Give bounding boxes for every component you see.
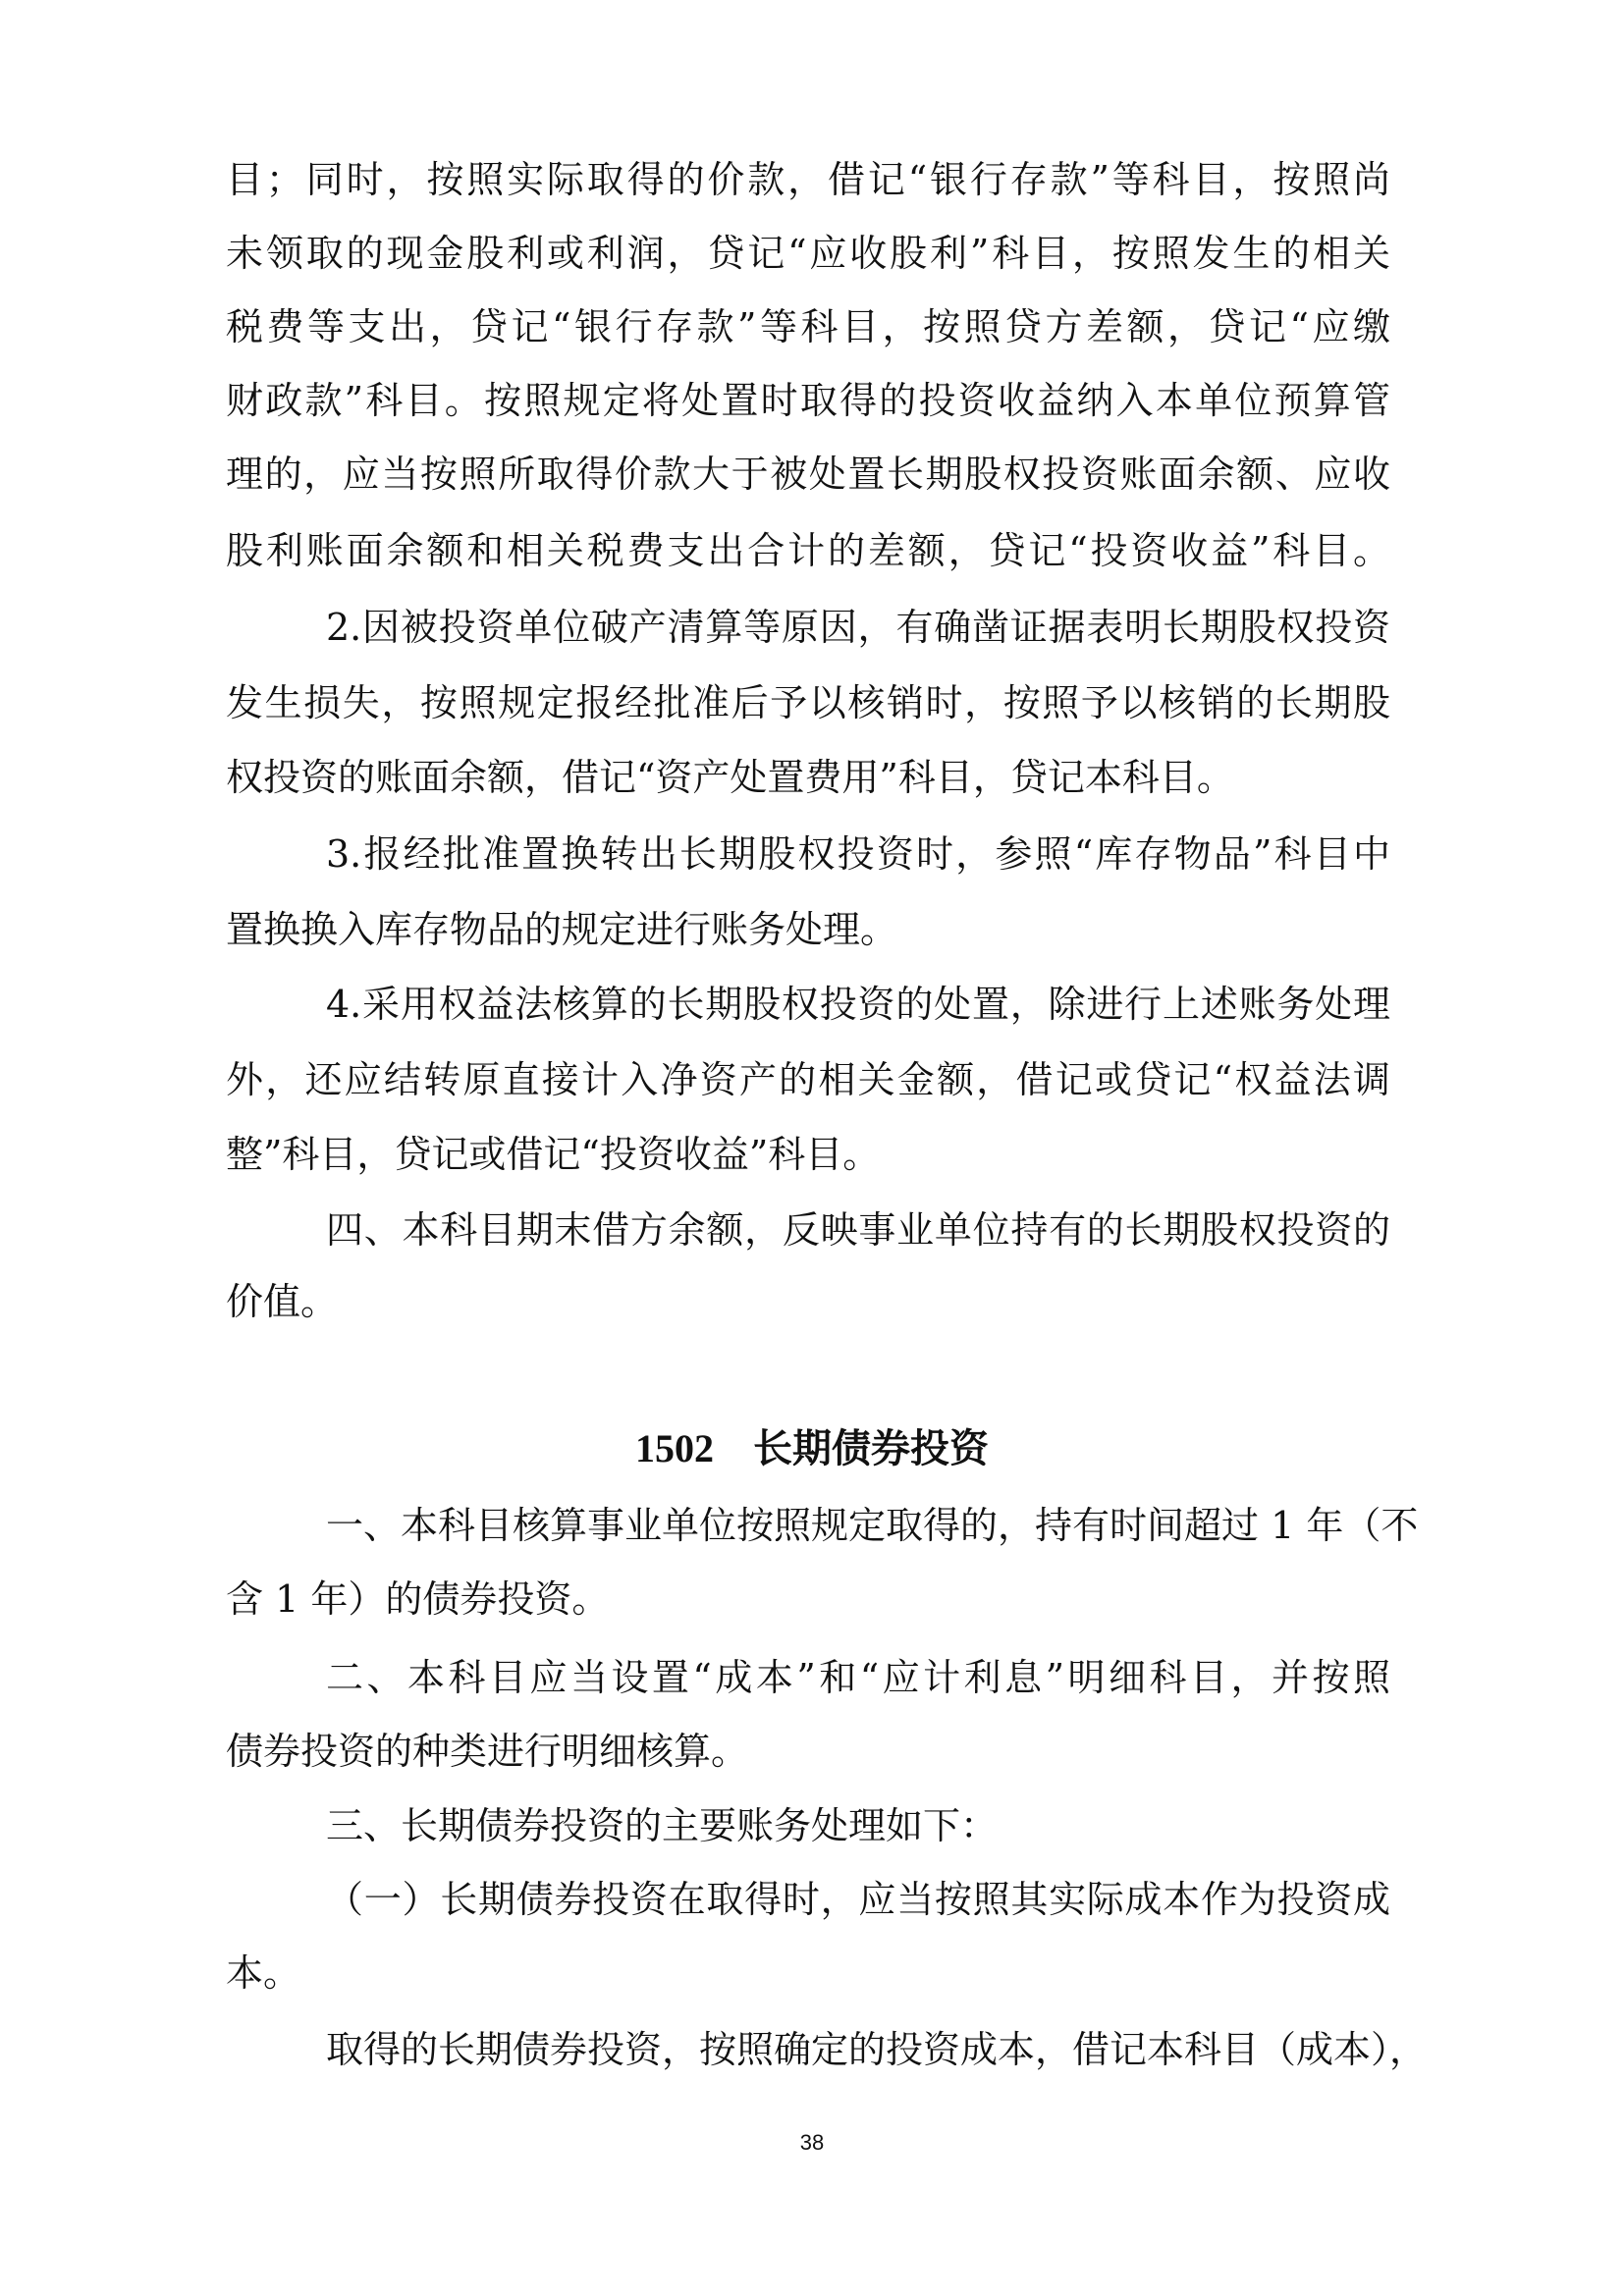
text-line: 三、长期债券投资的主要账务处理如下： — [326, 1796, 1390, 1855]
page-number: 38 — [0, 2128, 1624, 2158]
text-line: 本。 — [226, 1944, 1390, 2002]
text-line: 债券投资的种类进行明细核算。 — [226, 1722, 1390, 1781]
text-line: 价值。 — [226, 1272, 1390, 1331]
section-heading: 1502长期债券投资 — [0, 1419, 1624, 1478]
text-line: 2.因被投资单位破产清算等原因，有确凿证据表明长期股权投资 — [326, 598, 1390, 657]
text-line: 一、本科目核算事业单位按照规定取得的，持有时间超过 1 年（不 — [326, 1496, 1390, 1555]
text-line: 税费等支出，贷记“银行存款”等科目，按照贷方差额，贷记“应缴 — [226, 297, 1390, 356]
text-line: 未领取的现金股利或利润，贷记“应收股利”科目，按照发生的相关 — [226, 224, 1390, 283]
text-line: 3.报经批准置换转出长期股权投资时，参照“库存物品”科目中 — [326, 825, 1390, 883]
text-line: 二、本科目应当设置“成本”和“应计利息”明细科目，并按照 — [326, 1648, 1390, 1707]
text-line: 权投资的账面余额，借记“资产处置费用”科目，贷记本科目。 — [226, 748, 1390, 807]
text-line: 含 1 年）的债券投资。 — [226, 1570, 1390, 1629]
text-line: 整”科目，贷记或借记“投资收益”科目。 — [226, 1125, 1390, 1184]
text-line: 股利账面余额和相关税费支出合计的差额，贷记“投资收益”科目。 — [226, 521, 1390, 580]
text-line: 发生损失，按照规定报经批准后予以核销时，按照予以核销的长期股 — [226, 673, 1390, 732]
text-line: 目；同时，按照实际取得的价款，借记“银行存款”等科目，按照尚 — [226, 150, 1390, 209]
text-line: 四、本科目期末借方余额，反映事业单位持有的长期股权投资的 — [326, 1201, 1390, 1259]
text-line: 取得的长期债券投资，按照确定的投资成本，借记本科目（成本）， — [326, 2020, 1390, 2079]
text-line: 置换换入库存物品的规定进行账务处理。 — [226, 900, 1390, 959]
section-code: 1502 — [635, 1426, 714, 1470]
text-line: 4.采用权益法核算的长期股权投资的处置，除进行上述账务处理 — [326, 975, 1390, 1034]
text-line: 财政款”科目。按照规定将处置时取得的投资收益纳入本单位预算管 — [226, 371, 1390, 430]
text-line: （一）长期债券投资在取得时，应当按照其实际成本作为投资成 — [326, 1870, 1390, 1929]
section-title: 长期债券投资 — [753, 1425, 989, 1471]
text-line: 外，还应结转原直接计入净资产的相关金额，借记或贷记“权益法调 — [226, 1050, 1390, 1109]
text-line: 理的，应当按照所取得价款大于被处置长期股权投资账面余额、应收 — [226, 445, 1390, 504]
